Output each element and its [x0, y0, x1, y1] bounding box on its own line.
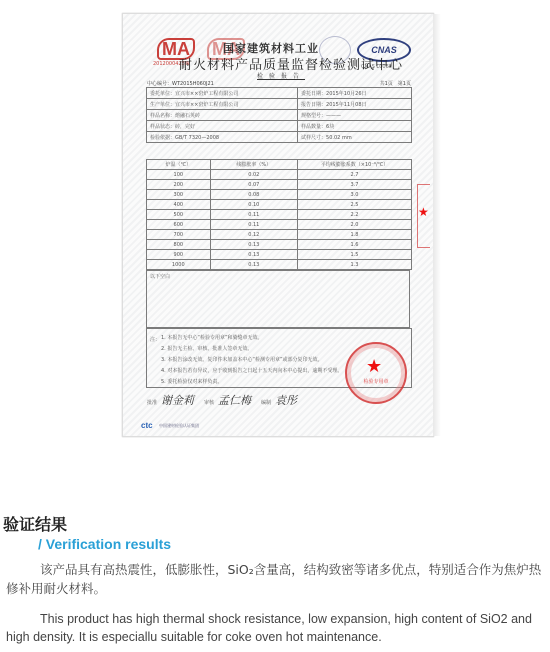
- table-row: 4000.102.5: [147, 200, 412, 210]
- note-item: 2. 报告无主检、审核、批准人签章无效。: [161, 344, 342, 355]
- cell-temperature: 300: [147, 190, 211, 200]
- col-temperature: 炉温（℃）: [147, 160, 211, 170]
- table-row: 2000.073.7: [147, 180, 412, 190]
- section-title: 验证结果: [3, 512, 67, 535]
- center-number: 中心编号：WT2015H060J21: [147, 80, 214, 87]
- info-row: 样品名称：熔融石英砖规格型号：———: [147, 110, 412, 121]
- info-row: 生产单位：宜兴市××窑炉工程有限公司报告日期：2015年11月08日: [147, 99, 412, 110]
- cell-expansion-rate: 0.08: [210, 190, 297, 200]
- cell-expansion-coefficient: 2.5: [298, 200, 412, 210]
- info-cell-left: 样品名称：熔融石英砖: [147, 110, 298, 121]
- cell-temperature: 400: [147, 200, 211, 210]
- info-cell-left: 委托单位：宜兴市××窑炉工程有限公司: [147, 88, 298, 99]
- signature-name: 谢金莉: [161, 394, 194, 407]
- footer-org: 中国建材检验认证集团: [159, 423, 199, 429]
- cell-expansion-coefficient: 2.2: [298, 210, 412, 220]
- info-row: 委托单位：宜兴市××窑炉工程有限公司委托日期：2015年10月26日: [147, 88, 412, 99]
- description-en: This product has high thermal shock resi…: [6, 610, 546, 646]
- col-expansion-rate: 线膨胀率（%）: [210, 160, 297, 170]
- cell-temperature: 100: [147, 170, 211, 180]
- cell-expansion-rate: 0.02: [210, 170, 297, 180]
- seal-text: 检验专用章: [359, 378, 393, 385]
- notes-list: 1. 本报告无中心“检验专用章”和骑缝章无效。2. 报告无主检、审核、批准人签章…: [161, 333, 342, 388]
- table-row: 6000.112.0: [147, 220, 412, 230]
- report-subtitle: 检验报告: [257, 71, 305, 80]
- cell-expansion-rate: 0.10: [210, 200, 297, 210]
- section-subtitle: / Verification results: [38, 536, 171, 552]
- table-row: 9000.131.5: [147, 250, 412, 260]
- cell-expansion-coefficient: 3.7: [298, 180, 412, 190]
- signature-name: 袁彤: [275, 394, 297, 407]
- cell-temperature: 600: [147, 220, 211, 230]
- table-row: 7000.121.8: [147, 230, 412, 240]
- signature-role: 编制: [261, 400, 271, 406]
- page-shadow: [433, 14, 441, 436]
- signature-row: 批准谢金莉审核孟仁梅编制袁彤: [147, 392, 367, 408]
- table-header-row: 炉温（℃） 线膨胀率（%） 平均线膨胀系数（×10⁻⁶/℃）: [147, 160, 412, 170]
- signature: 批准谢金莉: [147, 392, 194, 408]
- cell-expansion-rate: 0.13: [210, 250, 297, 260]
- cell-temperature: 1000: [147, 260, 211, 270]
- info-cell-right: 试样尺寸：50.02 mm: [298, 132, 412, 143]
- notes-label: 注：: [150, 336, 160, 343]
- info-row: 检验依据：GB/T 7320—2008试样尺寸：50.02 mm: [147, 132, 412, 143]
- cell-expansion-rate: 0.13: [210, 260, 297, 270]
- perforation-seal: ★: [417, 184, 430, 248]
- conclusion-label: 以下空白: [150, 274, 170, 280]
- table-row: 3000.083.0: [147, 190, 412, 200]
- signature-role: 审核: [204, 400, 214, 406]
- page-count: 共1页 第1页: [380, 80, 411, 87]
- info-cell-right: 样品数量：6块: [298, 121, 412, 132]
- cell-expansion-coefficient: 1.8: [298, 230, 412, 240]
- signature-name: 孟仁梅: [218, 394, 251, 407]
- star-icon: ★: [418, 205, 429, 219]
- cell-expansion-rate: 0.13: [210, 240, 297, 250]
- conclusion-block: 以下空白: [146, 270, 410, 328]
- note-item: 5. 委托检验仅对来样负责。: [161, 377, 342, 388]
- cell-expansion-rate: 0.11: [210, 220, 297, 230]
- signature: 编制袁彤: [261, 392, 297, 408]
- info-cell-left: 样品状态：砖，完好: [147, 121, 298, 132]
- report-meta: 中心编号：WT2015H060J21 共1页 第1页: [147, 80, 411, 87]
- cell-expansion-coefficient: 1.6: [298, 240, 412, 250]
- info-table: 委托单位：宜兴市××窑炉工程有限公司委托日期：2015年10月26日生产单位：宜…: [146, 87, 412, 143]
- table-row: 5000.112.2: [147, 210, 412, 220]
- expansion-table: 炉温（℃） 线膨胀率（%） 平均线膨胀系数（×10⁻⁶/℃） 1000.022.…: [146, 159, 412, 270]
- signature-role: 批准: [147, 400, 157, 406]
- star-icon: ★: [366, 358, 382, 376]
- note-item: 3. 本报告涂改无效。复印件未加盖本中心“检测专用章”或部分复印无效。: [161, 355, 342, 366]
- table-row: 10000.131.3: [147, 260, 412, 270]
- info-cell-right: 报告日期：2015年11月08日: [298, 99, 412, 110]
- info-cell-right: 规格型号：———: [298, 110, 412, 121]
- table-row: 1000.022.7: [147, 170, 412, 180]
- description-cn: 该产品具有高热震性，低膨胀性，SiO₂含量高，结构致密等诸多优点，特别适合作为焦…: [6, 560, 546, 598]
- info-row: 样品状态：砖，完好样品数量：6块: [147, 121, 412, 132]
- cell-expansion-rate: 0.11: [210, 210, 297, 220]
- cell-expansion-rate: 0.12: [210, 230, 297, 240]
- note-item: 1. 本报告无中心“检验专用章”和骑缝章无效。: [161, 333, 342, 344]
- cell-expansion-coefficient: 2.7: [298, 170, 412, 180]
- cell-temperature: 900: [147, 250, 211, 260]
- inspection-report-scan: MA MA 2012000428W CNAS CNAS L0060 国家建筑材料…: [122, 13, 434, 437]
- cell-expansion-coefficient: 1.3: [298, 260, 412, 270]
- signature: 审核孟仁梅: [204, 392, 251, 408]
- info-cell-right: 委托日期：2015年10月26日: [298, 88, 412, 99]
- table-row: 8000.131.6: [147, 240, 412, 250]
- note-item: 4. 对本报告若有异议，应于收到报告之日起十五天内向本中心提出，逾期不受理。: [161, 366, 342, 377]
- ctc-logo-icon: ctc: [141, 421, 153, 430]
- cell-expansion-coefficient: 2.0: [298, 220, 412, 230]
- cell-temperature: 200: [147, 180, 211, 190]
- cell-expansion-coefficient: 1.5: [298, 250, 412, 260]
- cell-temperature: 700: [147, 230, 211, 240]
- cell-temperature: 800: [147, 240, 211, 250]
- info-cell-left: 检验依据：GB/T 7320—2008: [147, 132, 298, 143]
- info-cell-left: 生产单位：宜兴市××窑炉工程有限公司: [147, 99, 298, 110]
- cell-expansion-coefficient: 3.0: [298, 190, 412, 200]
- col-expansion-coefficient: 平均线膨胀系数（×10⁻⁶/℃）: [298, 160, 412, 170]
- cell-expansion-rate: 0.07: [210, 180, 297, 190]
- cell-temperature: 500: [147, 210, 211, 220]
